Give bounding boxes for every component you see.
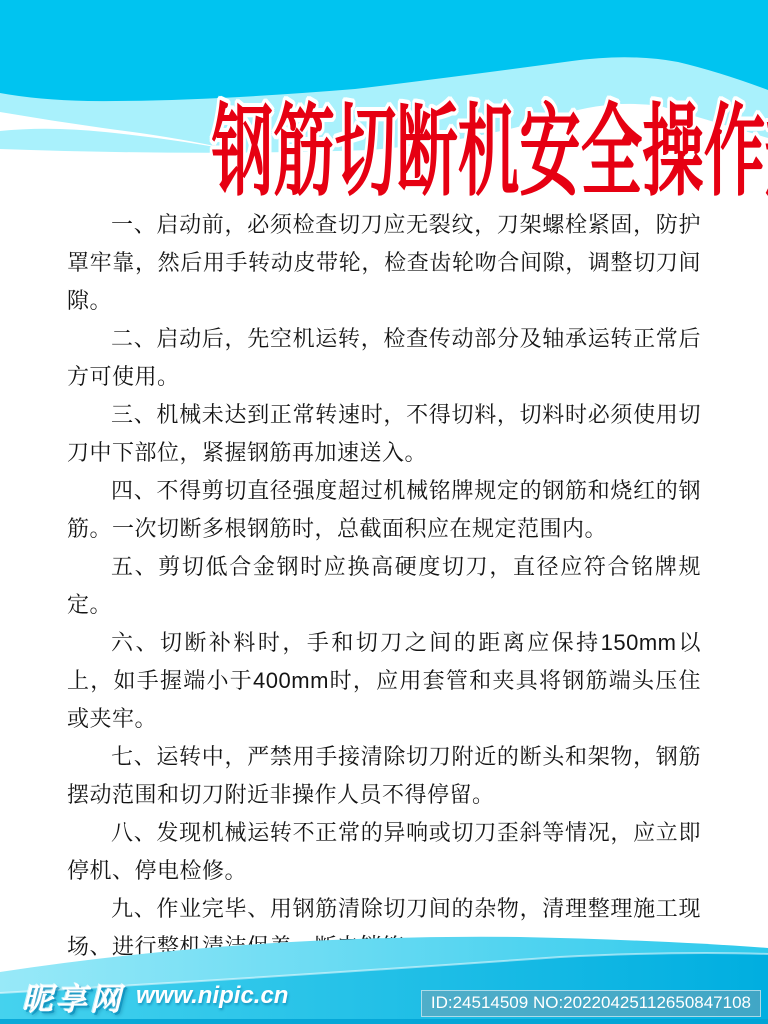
poster-title-text: 钢筋切断机安全操作规程 bbox=[212, 96, 768, 208]
rule-paragraph: 二、启动后，先空机运转，检查传动部分及轴承运转正常后方可使用。 bbox=[67, 320, 701, 396]
rules-list: 一、启动前，必须检查切刀应无裂纹，刀架螺栓紧固，防护罩牢靠，然后用手转动皮带轮，… bbox=[67, 206, 701, 966]
watermark-id-badge: ID:24514509 NO:20220425112650847108 bbox=[421, 990, 761, 1017]
rule-paragraph: 五、剪切低合金钢时应换高硬度切刀，直径应符合铭牌规定。 bbox=[67, 548, 701, 624]
watermark: 昵享网 www.nipic.cn bbox=[22, 976, 288, 1016]
rule-paragraph: 四、不得剪切直径强度超过机械铭牌规定的钢筋和烧红的钢筋。一次切断多根钢筋时，总截… bbox=[67, 472, 701, 548]
watermark-site-name: 昵享网 bbox=[22, 974, 124, 1019]
rule-paragraph: 八、发现机械运转不正常的异响或切刀歪斜等情况，应立即停机、停电检修。 bbox=[67, 814, 701, 890]
rule-paragraph: 七、运转中，严禁用手接清除切刀附近的断头和架物，钢筋摆动范围和切刀附近非操作人员… bbox=[67, 738, 701, 814]
watermark-site-url: www.nipic.cn bbox=[136, 982, 288, 1010]
rule-paragraph: 一、启动前，必须检查切刀应无裂纹，刀架螺栓紧固，防护罩牢靠，然后用手转动皮带轮，… bbox=[67, 206, 701, 320]
rule-paragraph: 六、切断补料时，手和切刀之间的距离应保持150mm以上，如手握端小于400mm时… bbox=[67, 624, 701, 738]
rule-paragraph: 三、机械未达到正常转速时，不得切料，切料时必须使用切刀中下部位，紧握钢筋再加速送… bbox=[67, 396, 701, 472]
poster-title: 钢筋切断机安全操作规程 bbox=[0, 96, 768, 208]
footer-bottom-stripe bbox=[0, 1019, 768, 1024]
safety-procedure-poster: 钢筋切断机安全操作规程 一、启动前，必须检查切刀应无裂纹，刀架螺栓紧固，防护罩牢… bbox=[0, 0, 768, 1024]
